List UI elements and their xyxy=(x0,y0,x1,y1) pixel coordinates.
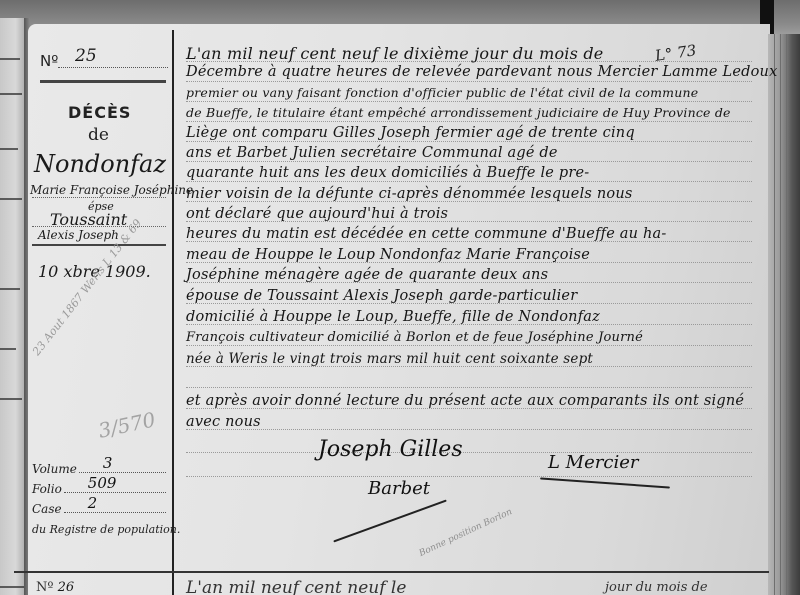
ruling xyxy=(186,387,752,388)
name-underline xyxy=(32,244,166,246)
folio-value: 509 xyxy=(88,474,117,492)
ruling xyxy=(186,101,752,102)
ruling xyxy=(186,161,752,162)
folio-row: Folio 509 xyxy=(32,482,166,496)
signature-barbet: Barbet xyxy=(368,478,430,499)
body-line: ont déclaré que aujourd'hui à trois xyxy=(186,206,756,222)
previous-page-ink xyxy=(0,58,20,60)
volume-label: Volume xyxy=(32,462,77,476)
body-line: avec nous xyxy=(186,414,756,430)
deceased-surname: Nondonfaz xyxy=(34,150,166,178)
ruling xyxy=(186,181,752,182)
next-entry-right-text: jour du mois de xyxy=(605,580,708,595)
body-line: premier ou vany faisant fonction d'offic… xyxy=(186,85,756,100)
ruling xyxy=(186,452,752,453)
next-entry-opening: L'an mil neuf cent neuf le xyxy=(186,578,406,595)
next-entry-number-label: Nº xyxy=(36,580,54,595)
entry-number: 25 xyxy=(75,46,97,66)
spouse-given-names: Alexis Joseph xyxy=(38,228,119,242)
case-row: Case 2 xyxy=(32,502,166,516)
body-line: Liège ont comparu Gilles Joseph fermier … xyxy=(186,125,756,141)
ruling xyxy=(186,141,752,142)
body-line: mier voisin de la défunte ci-après dénom… xyxy=(186,186,756,202)
previous-page-edge xyxy=(0,18,26,595)
body-line: Joséphine ménagère agée de quarante deux… xyxy=(186,267,756,283)
body-line: L'an mil neuf cent neuf le dixième jour … xyxy=(186,44,756,63)
body-line: domicilié à Houppe le Loup, Bueffe, fill… xyxy=(186,309,756,325)
previous-page-ink xyxy=(0,398,22,400)
ruling xyxy=(186,81,752,82)
ruling xyxy=(186,345,752,346)
dotted-rule xyxy=(32,197,166,198)
dotted-rule xyxy=(58,67,168,68)
previous-page-ink xyxy=(0,198,22,200)
de-label: de xyxy=(88,125,109,145)
body-line: ans et Barbet Julien secrétaire Communal… xyxy=(186,145,756,161)
body-line: François cultivateur domicilié à Borlon … xyxy=(186,330,756,345)
ruling xyxy=(186,121,752,122)
signature-mercier: L Mercier xyxy=(548,452,638,473)
body-line: meau de Houppe le Loup Nondonfaz Marie F… xyxy=(186,247,756,263)
case-label: Case xyxy=(32,502,62,516)
dotted-rule xyxy=(32,226,166,227)
body-line: Décembre à quatre heures de relevée pard… xyxy=(186,64,756,80)
body-line: quarante huit ans les deux domiciliés à … xyxy=(186,165,756,181)
body-line: épouse de Toussaint Alexis Joseph garde-… xyxy=(186,288,756,304)
deces-heading: DÉCÈS xyxy=(68,103,131,122)
volume-value: 3 xyxy=(103,454,113,472)
page-stack-edge xyxy=(768,34,800,595)
previous-page-ink xyxy=(0,288,20,290)
entry-number-label: Nº xyxy=(40,52,58,70)
entry-separator xyxy=(14,571,769,573)
deceased-given-names: Marie Françoise Joséphine xyxy=(30,183,193,197)
previous-page-ink xyxy=(0,148,18,150)
column-divider xyxy=(172,30,174,595)
case-value: 2 xyxy=(88,494,98,512)
ruling xyxy=(186,476,752,477)
registry-footer: du Registre de population. xyxy=(32,523,180,536)
thick-rule xyxy=(40,80,166,83)
folio-label: Folio xyxy=(32,482,62,496)
signature-joseph-gilles: Joseph Gilles xyxy=(318,437,463,462)
next-entry-number-value: 26 xyxy=(58,580,75,595)
previous-page-ink xyxy=(0,93,22,95)
body-line: de Bueffe, le titulaire étant empêché ar… xyxy=(186,105,756,120)
previous-page-ink xyxy=(0,586,24,588)
body-line: et après avoir donné lecture du présent … xyxy=(186,393,756,409)
body-line: heures du matin est décédée en cette com… xyxy=(186,226,756,242)
next-entry-number: Nº 26 xyxy=(36,580,74,595)
body-line: née à Weris le vingt trois mars mil huit… xyxy=(186,351,756,367)
previous-page-ink xyxy=(0,348,16,350)
